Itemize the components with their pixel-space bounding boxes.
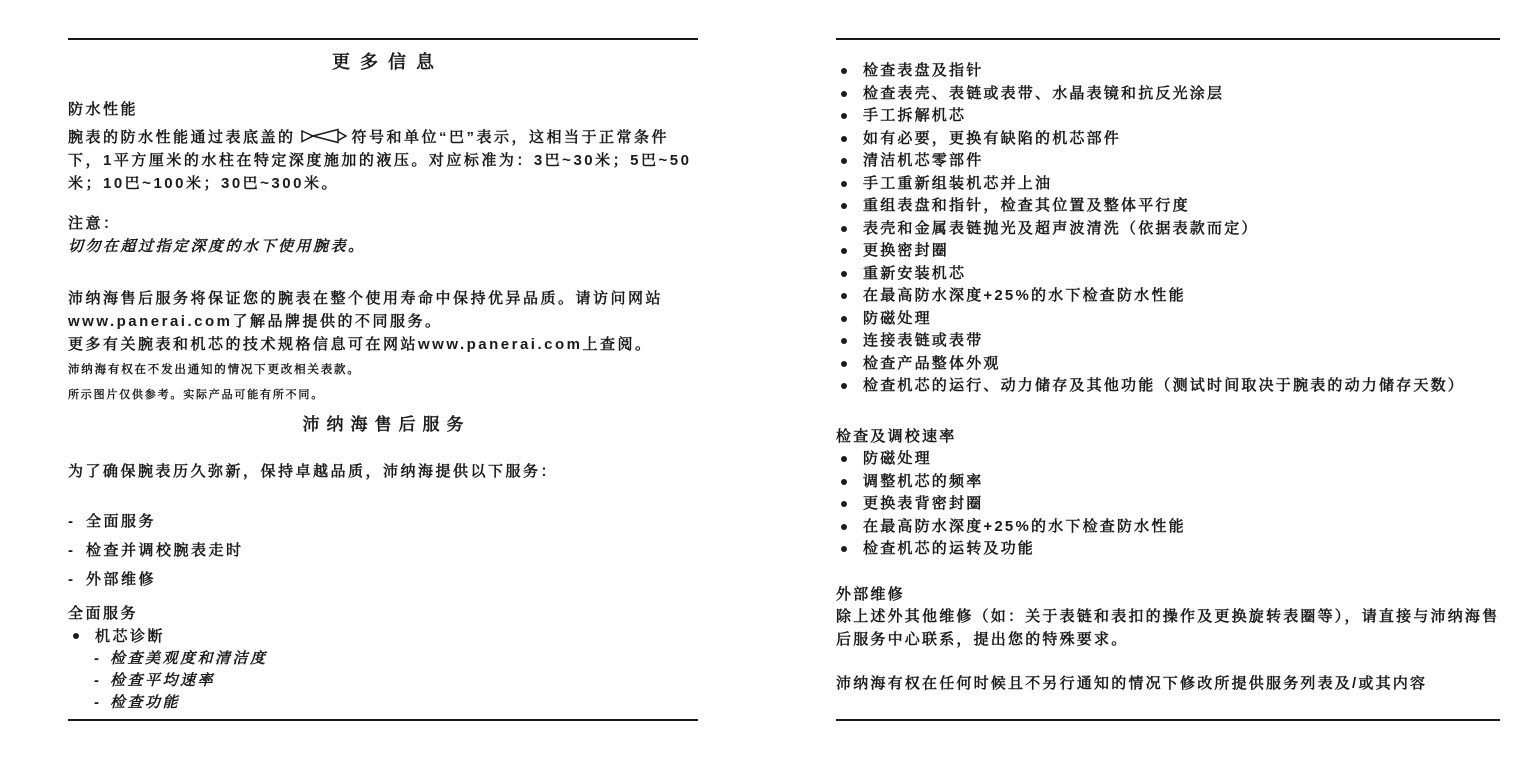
bullet-dot-icon — [841, 361, 847, 367]
bullet-dot-icon — [841, 136, 847, 142]
waterproof-text-before: 腕表的防水性能通过表底盖的 — [68, 129, 296, 146]
service-step-text: 重新安装机芯 — [863, 263, 966, 286]
service-step-item: 清洁机芯零部件 — [836, 150, 1500, 173]
service-type-text: 检查并调校腕表走时 — [86, 539, 244, 562]
dash-marker: - — [94, 670, 110, 692]
bullet-dot-icon — [841, 68, 847, 74]
external-repairs-text: 除上述外其他维修（如：关于表链和表扣的操作及更换旋转表圈等），请直接与沛纳海售后… — [836, 606, 1500, 651]
notice-heading: 注意： — [68, 212, 698, 235]
service-paragraph-2: 更多有关腕表和机芯的技术规格信息可在网站www.panerai.com上查阅。 — [68, 333, 698, 356]
service-step-text: 表壳和金属表链抛光及超声波清洗（依据表款而定） — [863, 218, 1259, 241]
right-bottom-rule — [836, 719, 1500, 721]
service-step-item: 检查机芯的运行、动力储存及其他功能（测试时间取决于腕表的动力储存天数） — [836, 375, 1500, 398]
models-disclaimer: 沛纳海有权在不发出通知的情况下更改相关表款。 — [68, 363, 698, 377]
bullet-dot-icon — [841, 203, 847, 209]
bullet-dot-icon — [841, 271, 847, 277]
service-step-item: 连接表链或表带 — [836, 330, 1500, 353]
bullet-dot-icon — [841, 113, 847, 119]
left-bottom-rule — [68, 719, 698, 721]
bullet-dot-icon — [841, 158, 847, 164]
dash-marker: - — [68, 510, 86, 533]
bullet-dot-icon — [841, 91, 847, 97]
dash-marker: - — [68, 539, 86, 562]
bullet-dot-icon — [841, 181, 847, 187]
bullet-dot-icon — [841, 316, 847, 322]
page-title: 更多信息 — [68, 50, 698, 74]
rate-step-text: 防磁处理 — [863, 448, 932, 471]
rate-step-item: 检查机芯的运转及功能 — [836, 538, 1500, 561]
service-step-item: 防磁处理 — [836, 308, 1500, 331]
notice-text: 切勿在超过指定深度的水下使用腕表。 — [68, 235, 698, 258]
diagnosis-sub-text: 检查平均速率 — [110, 670, 215, 692]
service-step-text: 清洁机芯零部件 — [863, 150, 983, 173]
dash-marker: - — [68, 568, 86, 591]
service-step-text: 手工重新组装机芯并上油 — [863, 173, 1052, 196]
rate-step-item: 防磁处理 — [836, 448, 1500, 471]
service-type-item: - 外部维修 — [68, 568, 698, 591]
service-step-item: 手工拆解机芯 — [836, 105, 1500, 128]
left-page-content: 更多信息 防水性能 腕表的防水性能通过表底盖的符号和单位“巴”表示，这相当于正常… — [68, 0, 698, 714]
bullet-dot-icon — [841, 524, 847, 530]
bullet-dot-icon — [841, 226, 847, 232]
diagnosis-sub-list: - 检查美观度和清洁度 - 检查平均速率 - 检查功能 — [94, 648, 698, 714]
service-step-text: 检查产品整体外观 — [863, 353, 1001, 376]
right-page: 检查表盘及指针 检查表壳、表链或表带、水晶表镜和抗反光涂层 手工拆解机芯 如有必… — [836, 0, 1500, 765]
service-step-item: 在最高防水深度+25%的水下检查防水性能 — [836, 285, 1500, 308]
dash-marker: - — [94, 648, 110, 670]
rate-section-heading: 检查及调校速率 — [836, 426, 1500, 449]
service-step-text: 连接表链或表带 — [863, 330, 983, 353]
rate-step-item: 在最高防水深度+25%的水下检查防水性能 — [836, 516, 1500, 539]
service-step-item: 重新安装机芯 — [836, 263, 1500, 286]
services-disclaimer: 沛纳海有权在任何时候且不另行通知的情况下修改所提供服务列表及/或其内容 — [836, 673, 1500, 696]
service-step-item: 重组表盘和指针，检查其位置及整体平行度 — [836, 195, 1500, 218]
full-service-bullet-text: 机芯诊断 — [95, 625, 165, 648]
bullet-dot-icon — [841, 501, 847, 507]
waterproof-section-heading: 防水性能 — [68, 98, 698, 121]
service-type-list: - 全面服务 - 检查并调校腕表走时 - 外部维修 — [68, 510, 698, 591]
bullet-dot-icon — [841, 479, 847, 485]
full-service-heading: 全面服务 — [68, 602, 698, 625]
water-resistance-fish-icon — [300, 127, 348, 145]
bullet-dot-icon — [841, 293, 847, 299]
bullet-dot-icon — [841, 546, 847, 552]
diagnosis-sub-item: - 检查美观度和清洁度 — [94, 648, 698, 670]
diagnosis-sub-item: - 检查功能 — [94, 692, 698, 714]
services-intro: 为了确保腕表历久弥新，保持卓越品质，沛纳海提供以下服务： — [68, 460, 698, 483]
diagnosis-sub-text: 检查功能 — [110, 692, 180, 714]
rate-step-text: 在最高防水深度+25%的水下检查防水性能 — [863, 516, 1186, 539]
left-page: 更多信息 防水性能 腕表的防水性能通过表底盖的符号和单位“巴”表示，这相当于正常… — [68, 0, 698, 765]
service-step-text: 如有必要，更换有缺陷的机芯部件 — [863, 128, 1121, 151]
service-step-item: 检查表壳、表链或表带、水晶表镜和抗反光涂层 — [836, 83, 1500, 106]
rate-step-text: 调整机芯的频率 — [863, 471, 983, 494]
service-step-item: 更换密封圈 — [836, 240, 1500, 263]
diagnosis-sub-text: 检查美观度和清洁度 — [110, 648, 268, 670]
service-step-text: 在最高防水深度+25%的水下检查防水性能 — [863, 285, 1186, 308]
service-paragraph-1: 沛纳海售后服务将保证您的腕表在整个使用寿命中保持优异品质。请访问网站www.pa… — [68, 287, 698, 333]
service-step-text: 防磁处理 — [863, 308, 932, 331]
service-type-text: 全面服务 — [86, 510, 156, 533]
rate-step-item: 调整机芯的频率 — [836, 471, 1500, 494]
service-step-text: 检查表壳、表链或表带、水晶表镜和抗反光涂层 — [863, 83, 1224, 106]
waterproof-paragraph: 腕表的防水性能通过表底盖的符号和单位“巴”表示，这相当于正常条件下，1平方厘米的… — [68, 126, 698, 195]
service-step-item: 检查产品整体外观 — [836, 353, 1500, 376]
rate-steps-list: 防磁处理 调整机芯的频率 更换表背密封圈 在最高防水深度+25%的水下检查防水性… — [836, 448, 1500, 561]
service-step-item: 检查表盘及指针 — [836, 60, 1500, 83]
right-page-content: 检查表盘及指针 检查表壳、表链或表带、水晶表镜和抗反光涂层 手工拆解机芯 如有必… — [836, 0, 1500, 696]
service-step-item: 表壳和金属表链抛光及超声波清洗（依据表款而定） — [836, 218, 1500, 241]
full-service-steps-list: 检查表盘及指针 检查表壳、表链或表带、水晶表镜和抗反光涂层 手工拆解机芯 如有必… — [836, 60, 1500, 398]
bullet-dot-icon — [841, 456, 847, 462]
service-type-item: - 检查并调校腕表走时 — [68, 539, 698, 562]
bullet-dot-icon — [841, 338, 847, 344]
service-step-text: 手工拆解机芯 — [863, 105, 966, 128]
external-repairs-heading: 外部维修 — [836, 584, 1500, 607]
bullet-dot-icon — [73, 633, 79, 639]
rate-step-item: 更换表背密封圈 — [836, 493, 1500, 516]
full-service-bullet-item: 机芯诊断 — [68, 625, 698, 648]
service-step-item: 如有必要，更换有缺陷的机芯部件 — [836, 128, 1500, 151]
full-service-bullet-list: 机芯诊断 — [68, 625, 698, 648]
bullet-dot-icon — [841, 248, 847, 254]
service-step-item: 手工重新组装机芯并上油 — [836, 173, 1500, 196]
dash-marker: - — [94, 692, 110, 714]
rate-step-text: 检查机芯的运转及功能 — [863, 538, 1035, 561]
rate-step-text: 更换表背密封圈 — [863, 493, 983, 516]
service-step-text: 检查表盘及指针 — [863, 60, 983, 83]
bullet-dot-icon — [841, 383, 847, 389]
images-disclaimer: 所示图片仅供参考。实际产品可能有所不同。 — [68, 388, 698, 402]
service-step-text: 重组表盘和指针，检查其位置及整体平行度 — [863, 195, 1190, 218]
service-step-text: 检查机芯的运行、动力储存及其他功能（测试时间取决于腕表的动力储存天数） — [863, 375, 1465, 398]
service-step-text: 更换密封圈 — [863, 240, 949, 263]
after-sales-title: 沛纳海售后服务 — [68, 414, 698, 436]
service-type-text: 外部维修 — [86, 568, 156, 591]
service-type-item: - 全面服务 — [68, 510, 698, 533]
diagnosis-sub-item: - 检查平均速率 — [94, 670, 698, 692]
